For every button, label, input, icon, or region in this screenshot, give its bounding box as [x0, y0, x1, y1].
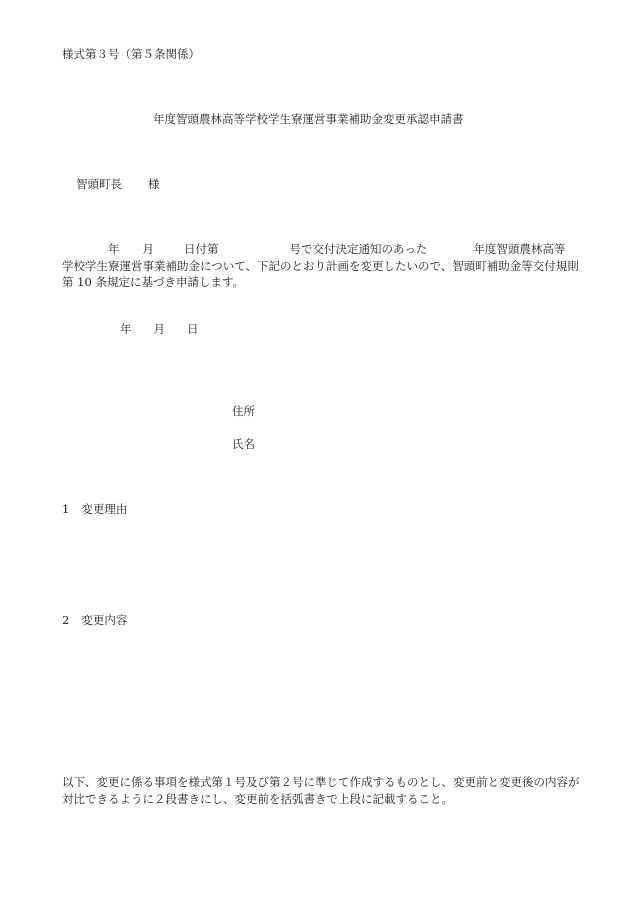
date-number-label: 日付第 — [184, 242, 219, 256]
form-label: 様式第３号（第５条関係） — [62, 46, 200, 62]
body-line-2: 学校学生寮運営事業補助金について、下記のとおり計画を変更したいので、智頭町補助金… — [62, 258, 579, 274]
note-line-2: 対比できるように２段書きにし、変更前を括弧書きで上段に記載すること。 — [62, 791, 453, 807]
note-line-1: 以下、変更に係る事項を様式第１号及び第２号に準じて作成するものとし、変更前と変更… — [62, 774, 580, 790]
fiscal-year-title-text: 年度智頭農林高等 — [473, 242, 565, 256]
name-label: 氏名 — [232, 436, 255, 452]
year-blank-label: 年 — [108, 242, 120, 256]
body-line-3: 第 10 条規定に基づき申請します。 — [62, 274, 244, 290]
section-change-content: 2変更内容 — [62, 612, 127, 628]
section-change-reason: 1変更理由 — [62, 501, 127, 517]
addressee: 智頭町長様 — [76, 176, 160, 192]
month-blank-label: 月 — [143, 242, 155, 256]
application-date: 年月日 — [120, 321, 199, 337]
section-number: 2 — [62, 613, 69, 627]
section-heading: 変更理由 — [81, 502, 127, 516]
section-number: 1 — [62, 502, 69, 516]
addressee-honorific: 様 — [148, 177, 160, 191]
document-title: 年度智頭農林高等学校学生寮運営事業補助金変更承認申請書 — [153, 111, 464, 127]
address-label: 住所 — [232, 403, 255, 419]
date-year-label: 年 — [120, 322, 132, 336]
addressee-name: 智頭町長 — [76, 177, 122, 191]
notice-text: 号で交付決定通知のあった — [290, 242, 428, 256]
date-day-label: 日 — [187, 322, 199, 336]
body-line-1: 年月日付第号で交付決定通知のあった年度智頭農林高等 — [108, 241, 565, 257]
section-heading: 変更内容 — [81, 613, 127, 627]
date-month-label: 月 — [154, 322, 166, 336]
